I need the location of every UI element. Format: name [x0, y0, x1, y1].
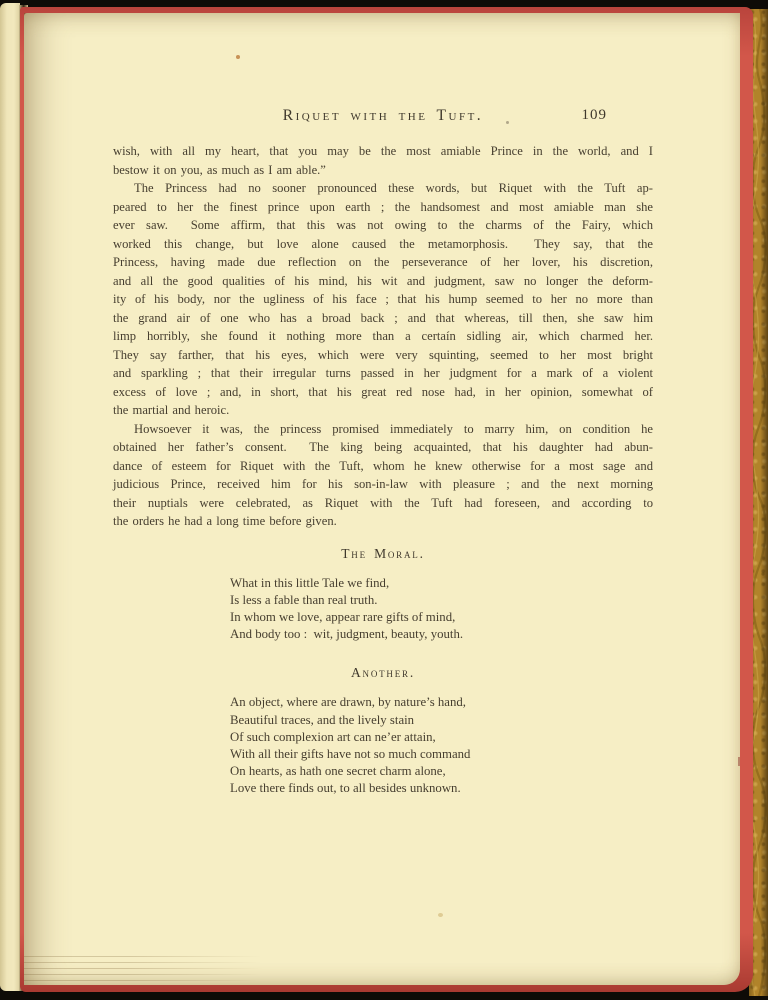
verse-line: With all their gifts have not so much co… [230, 746, 653, 763]
verse-line: An object, where are drawn, by nature’s … [230, 694, 653, 711]
book-scan: Riquet with the Tuft. 109 wish, with all… [0, 0, 768, 1000]
text-line: the orders he had a long time before giv… [113, 512, 653, 531]
section: Another.An object, where are drawn, by n… [113, 665, 653, 797]
verse-line: Beautiful traces, and the lively stain [230, 712, 653, 729]
text-line: ever saw. Some affirm, that this was not… [113, 216, 653, 235]
verse: What in this little Tale we find,Is less… [230, 575, 653, 644]
verse-line: What in this little Tale we find, [230, 575, 653, 592]
text-line: Princess, having made due reflection on … [113, 253, 653, 272]
printers-mark [738, 757, 740, 766]
dust-speck [236, 55, 240, 59]
text-line: worked this change, but love alone cause… [113, 235, 653, 254]
text-line: ity of his body, nor the ugliness of his… [113, 290, 653, 309]
text-line: The Princess had no sooner pronounced th… [113, 179, 653, 198]
text-line: and all the good qualities of his mind, … [113, 272, 653, 291]
verse-line: On hearts, as hath one secret charm alon… [230, 763, 653, 780]
dust-speck [438, 913, 443, 917]
facing-page-edge [0, 3, 20, 991]
text-line: their nuptials were celebrated, as Rique… [113, 494, 653, 513]
text-line: and sparkling ; that their irregular tur… [113, 364, 653, 383]
verse-line: And body too : wit, judgment, beauty, yo… [230, 626, 653, 643]
dust-speck [506, 121, 509, 124]
text-line: bestow it on you, as much as I am able.” [113, 161, 653, 180]
sections: The Moral.What in this little Tale we fi… [113, 546, 653, 798]
page-content: Riquet with the Tuft. 109 wish, with all… [113, 13, 653, 798]
text-line: limp horribly, she found it nothing more… [113, 327, 653, 346]
section: The Moral.What in this little Tale we fi… [113, 546, 653, 644]
page-number: 109 [582, 107, 608, 124]
text-line: the grand air of one who has a broad bac… [113, 309, 653, 328]
paragraph: Howsoever it was, the princess promised … [113, 420, 653, 531]
text-line: the martial and heroic. [113, 401, 653, 420]
text-line: judicious Prince, received him for his s… [113, 475, 653, 494]
book-page: Riquet with the Tuft. 109 wish, with all… [24, 13, 740, 985]
running-header: Riquet with the Tuft. 109 [113, 107, 653, 129]
paragraph: wish, with all my heart, that you may be… [113, 142, 653, 179]
text-line: excess of love ; and, in short, that his… [113, 383, 653, 402]
text-line: dance of esteem for Riquet with the Tuft… [113, 457, 653, 476]
section-heading: The Moral. [113, 546, 653, 562]
text-line: They say farther, that his eyes, which w… [113, 346, 653, 365]
page-stack-lines [24, 956, 294, 984]
text-line: wish, with all my heart, that you may be… [113, 142, 653, 161]
text-line: obtained her father’s consent. The king … [113, 438, 653, 457]
body-text: wish, with all my heart, that you may be… [113, 142, 653, 531]
text-line: Howsoever it was, the princess promised … [113, 420, 653, 439]
paragraph: The Princess had no sooner pronounced th… [113, 179, 653, 420]
section-heading: Another. [113, 665, 653, 681]
verse-line: In whom we love, appear rare gifts of mi… [230, 609, 653, 626]
verse-line: Love there finds out, to all besides unk… [230, 780, 653, 797]
verse-line: Is less a fable than real truth. [230, 592, 653, 609]
text-line: peared to her the finest prince upon ear… [113, 198, 653, 217]
verse: An object, where are drawn, by nature’s … [230, 694, 653, 797]
page-title: Riquet with the Tuft. [113, 107, 653, 125]
verse-line: Of such complexion art can ne’er attain, [230, 729, 653, 746]
